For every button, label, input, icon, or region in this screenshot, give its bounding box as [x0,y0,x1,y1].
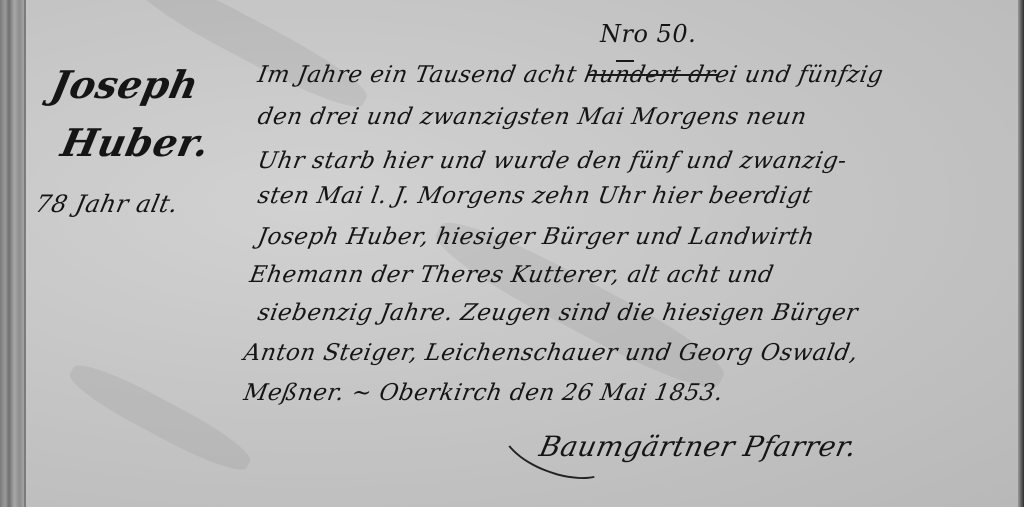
entry-line-8: Anton Steiger, Leichenschauer und Georg … [242,340,860,366]
deceased-age: 78 Jahr alt. [33,190,181,218]
binding-edge-line [24,0,26,507]
deceased-surname: Huber. [57,120,214,165]
entry-line-1: Im Jahre ein Tausend acht hundert drei u… [256,62,886,88]
ink-flourish [376,0,527,36]
entry-number: Nro 50. [600,20,696,48]
entry-line-9: Meßner. ~ Oberkirch den 26 Mai 1853. [242,380,726,406]
paper-stain [63,355,256,480]
entry-line-6: Ehemann der Theres Kutterer, alt acht un… [248,262,776,288]
entry-line-7: siebenzig Jahre. Zeugen sind die hiesige… [256,300,860,326]
entry-line-2: den drei und zwanzigsten Mai Morgens neu… [256,104,809,130]
book-binding [0,0,26,507]
entry-line-5: Joseph Huber, hiesiger Bürger und Landwi… [256,224,817,250]
page-right-edge [1018,0,1024,507]
signature-flourish [494,402,620,492]
deceased-given-name: Joseph [47,62,203,107]
strike-line [588,74,718,76]
entry-line-4: sten Mai l. J. Morgens zehn Uhr hier bee… [256,183,815,209]
entry-line-3: Uhr starb hier und wurde den fünf und zw… [256,148,849,174]
document-page: Joseph Huber. 78 Jahr alt. Nro 50. Im Ja… [0,0,1024,507]
